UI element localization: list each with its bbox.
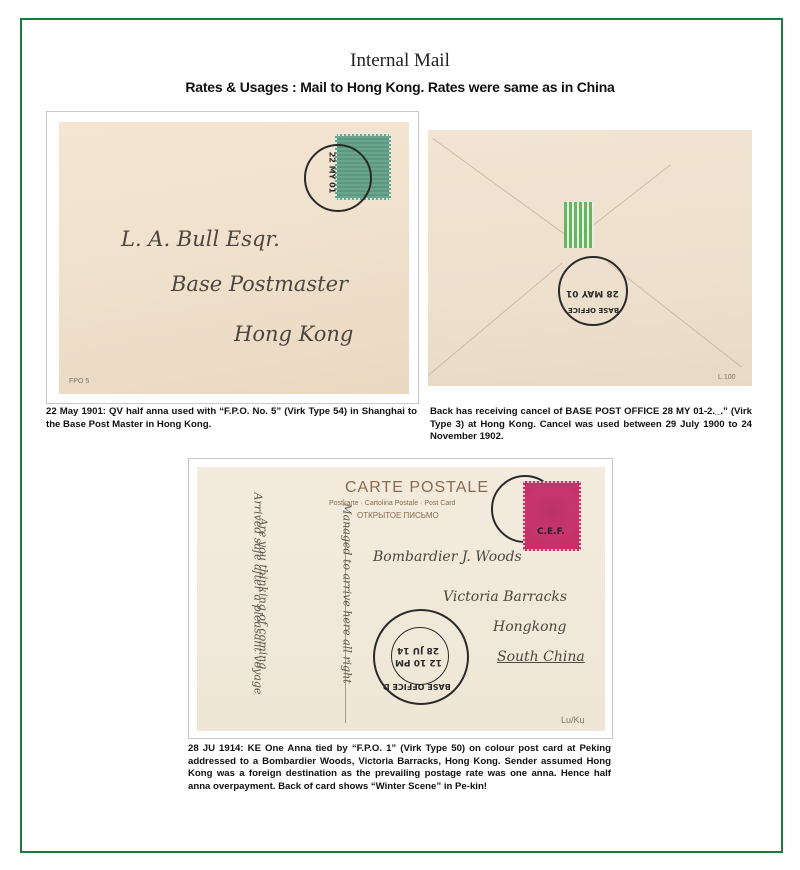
monogram-seal-icon — [564, 202, 594, 248]
page-subtitle: Rates & Usages : Mail to Hong Kong. Rate… — [0, 79, 800, 95]
address-line-1: L. A. Bull Esqr. — [121, 227, 280, 251]
fpo5-cancel-date: 22 MY 01 — [327, 152, 336, 194]
cover-back-image: 28 MAY 01 BASE OFFICE L.100 — [428, 130, 752, 386]
message-text-2: Are you thinking of coming — [256, 518, 269, 670]
address-line-2: Base Postmaster — [171, 272, 348, 296]
flap-line-lower-left — [428, 263, 563, 376]
postcard-address-4: South China — [497, 649, 585, 665]
cover-front-image: 22 MY 01 L. A. Bull Esqr. Base Postmaste… — [59, 122, 409, 394]
base-office-cancel-name: BASE OFFICE — [568, 306, 619, 314]
fpo5-cancel — [304, 144, 372, 212]
postcard-image: CARTE POSTALE Postkarte · Cartolina Post… — [197, 467, 605, 731]
postcard-header: CARTE POSTALE — [345, 479, 489, 497]
base-office-d-cancel-inner — [391, 627, 449, 685]
postcard-address-2: Victoria Barracks — [443, 589, 567, 605]
postcard-address-1: Bombardier J. Woods — [373, 549, 522, 565]
cover-front-caption: 22 May 1901: QV half anna used with “F.P… — [46, 406, 417, 431]
message-text-3: Managed to arrive here all right — [341, 503, 354, 683]
postcard-russian: ОТКРЫТОЕ ПИСЬМО — [357, 511, 439, 520]
pencil-note: FPO 5 — [69, 378, 89, 385]
base-office-d-cancel-name: BASE OFFICE D — [383, 682, 451, 691]
pencil-note: L.100 — [718, 374, 736, 381]
pencil-note: Lu/Ku — [561, 715, 585, 725]
cover-back-caption: Back has receiving cancel of BASE POST O… — [430, 406, 752, 444]
address-line-3: Hong Kong — [234, 322, 353, 346]
base-office-cancel-date: 28 MAY 01 — [566, 288, 619, 298]
page-title: Internal Mail — [0, 50, 800, 72]
flap-line-lower-right — [607, 262, 742, 367]
cover-front-frame: 22 MY 01 L. A. Bull Esqr. Base Postmaste… — [46, 111, 419, 404]
flap-line-left — [432, 138, 570, 239]
cef-overprint: C.E.F. — [537, 527, 565, 537]
base-office-d-cancel-date: 28 JU 14 — [397, 645, 439, 655]
postcard-caption: 28 JU 1914: KE One Anna tied by “F.P.O. … — [188, 743, 611, 793]
one-anna-stamp — [523, 481, 581, 551]
base-office-d-cancel-time: 12 10 PM — [395, 657, 442, 667]
postcard-address-3: Hongkong — [493, 619, 567, 635]
postcard-frame: CARTE POSTALE Postkarte · Cartolina Post… — [188, 458, 613, 739]
